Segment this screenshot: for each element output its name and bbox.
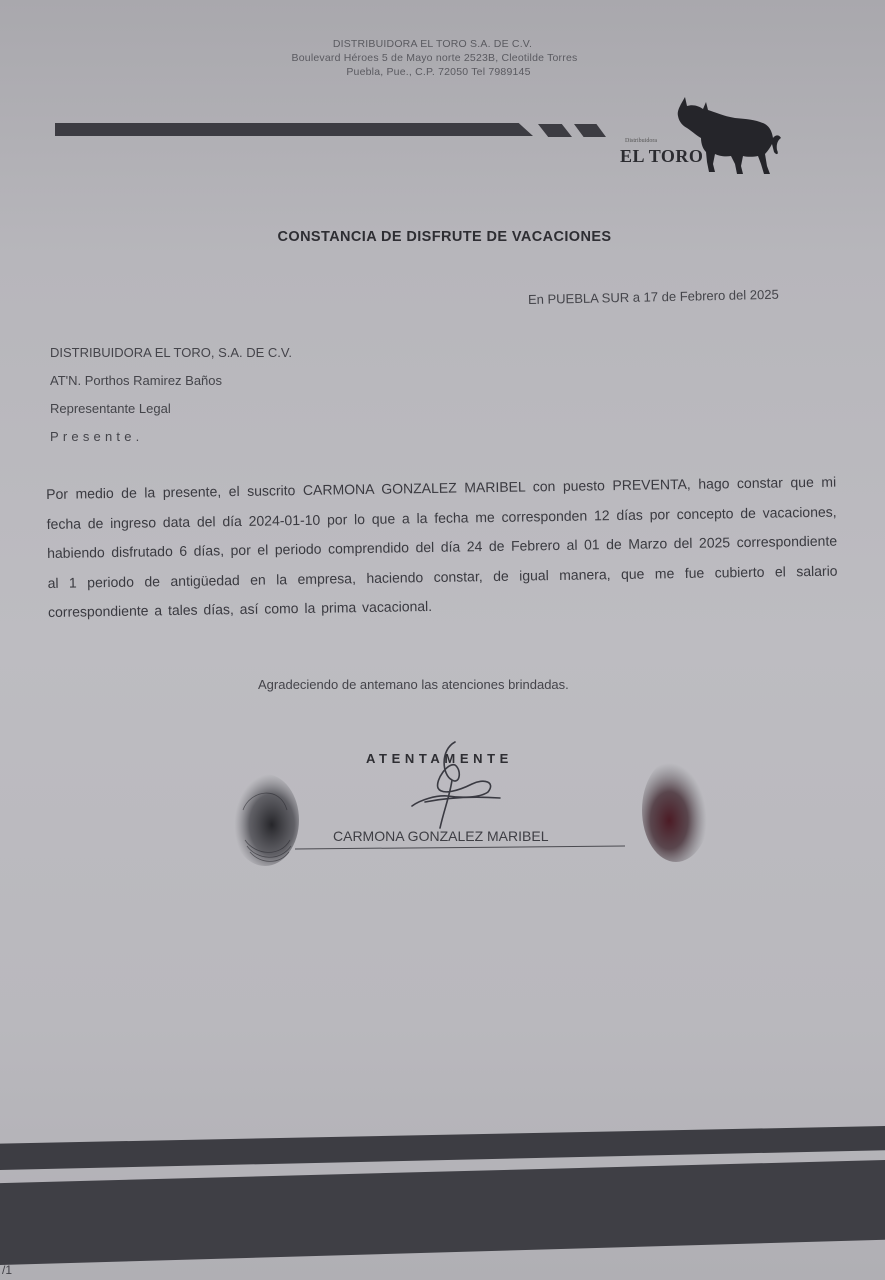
company-logo: Distribuidora EL TORO	[615, 94, 785, 184]
header-bar-segment	[538, 124, 572, 137]
recipient-company: DISTRIBUIDORA EL TORO, S.A. DE C.V.	[50, 345, 292, 360]
logo-small-text: Distribuidora	[625, 138, 657, 144]
closing-line: Agradeciendo de antemano las atenciones …	[258, 677, 569, 692]
document-title: CONSTANCIA DE DISFRUTE DE VACACIONES	[0, 229, 885, 245]
header-bar	[55, 123, 533, 136]
bull-icon	[673, 94, 783, 179]
recipient-attention: AT'N. Porthos Ramirez Baños	[50, 373, 222, 388]
letterhead-company: DISTRIBUIDORA EL TORO S.A. DE C.V.	[0, 38, 875, 50]
handwritten-signature	[400, 740, 510, 830]
document-page: DISTRIBUIDORA EL TORO S.A. DE C.V. Boule…	[0, 0, 885, 1280]
fingerprint-right-icon	[640, 752, 712, 864]
signer-name: CARMONA GONZALEZ MARIBEL	[333, 828, 548, 844]
recipient-role: Representante Legal	[50, 401, 171, 416]
letterhead-city: Puebla, Pue., C.P. 72050 Tel 7989145	[0, 66, 881, 78]
header-bar-segment	[574, 124, 606, 137]
page-mark: /1	[2, 1263, 12, 1277]
footer-band	[0, 1160, 885, 1265]
recipient-presente: Presente.	[50, 429, 143, 444]
signature-line	[295, 846, 625, 850]
footer-band	[0, 1126, 885, 1170]
letterhead-address: Boulevard Héroes 5 de Mayo norte 2523B, …	[0, 52, 877, 64]
place-date: En PUEBLA SUR a 17 de Febrero del 2025	[528, 287, 779, 307]
fingerprint-left-icon	[225, 770, 300, 870]
body-paragraph: Por medio de la presente, el suscrito CA…	[46, 468, 838, 628]
